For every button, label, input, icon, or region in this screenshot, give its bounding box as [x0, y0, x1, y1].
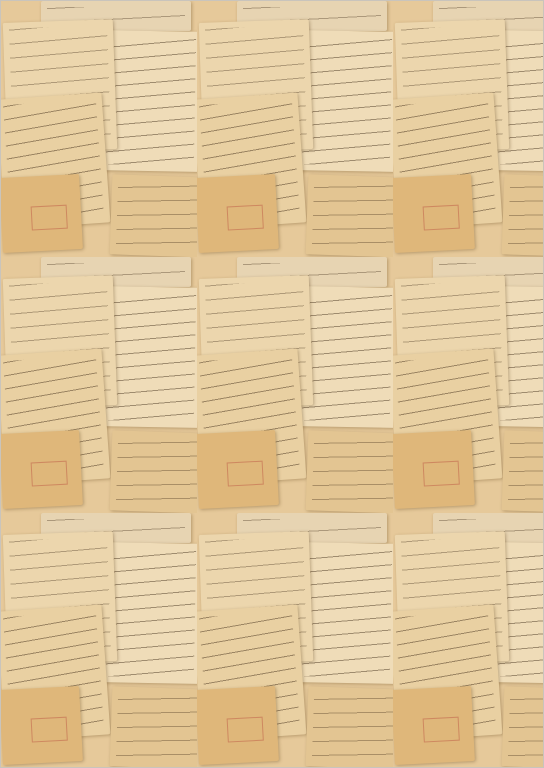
- handwriting: [106, 36, 196, 166]
- letter-collage-texture: [0, 0, 544, 768]
- letter-page: [110, 430, 197, 513]
- handwriting: [106, 292, 196, 422]
- handwriting: [508, 692, 544, 763]
- seal-icon: [227, 717, 264, 743]
- envelope: [197, 430, 279, 509]
- handwriting: [302, 292, 392, 422]
- letter-page: [306, 430, 393, 513]
- letter-page: [502, 686, 544, 768]
- envelope: [1, 174, 83, 253]
- collage-tile: [393, 513, 544, 768]
- envelope: [1, 686, 83, 765]
- envelope: [393, 430, 475, 509]
- seal-icon: [31, 461, 68, 487]
- handwriting: [312, 436, 393, 507]
- letter-page: [502, 174, 544, 257]
- handwriting: [106, 548, 196, 678]
- envelope: [393, 174, 475, 253]
- seal-icon: [31, 717, 68, 743]
- collage-tile: [393, 1, 544, 257]
- envelope: [197, 686, 279, 765]
- handwriting: [312, 692, 393, 763]
- handwriting: [312, 180, 393, 251]
- collage-tile: [1, 513, 197, 768]
- seal-icon: [423, 205, 460, 231]
- letter-page: [502, 430, 544, 513]
- collage-tile: [197, 1, 393, 257]
- handwriting: [116, 180, 197, 251]
- collage-tile: [197, 257, 393, 513]
- handwriting: [116, 436, 197, 507]
- collage-tile: [1, 1, 197, 257]
- handwriting: [508, 436, 544, 507]
- handwriting: [508, 180, 544, 251]
- envelope: [197, 174, 279, 253]
- handwriting: [302, 548, 392, 678]
- seal-icon: [227, 205, 264, 231]
- letter-page: [110, 686, 197, 768]
- handwriting: [302, 36, 392, 166]
- collage-tile: [393, 257, 544, 513]
- letter-page: [110, 174, 197, 257]
- seal-icon: [423, 717, 460, 743]
- collage-tile: [197, 513, 393, 768]
- letter-page: [306, 686, 393, 768]
- letter-page: [306, 174, 393, 257]
- seal-icon: [227, 461, 264, 487]
- handwriting: [116, 692, 197, 763]
- envelope: [1, 430, 83, 509]
- envelope: [393, 686, 475, 765]
- seal-icon: [31, 205, 68, 231]
- seal-icon: [423, 461, 460, 487]
- collage-tile: [1, 257, 197, 513]
